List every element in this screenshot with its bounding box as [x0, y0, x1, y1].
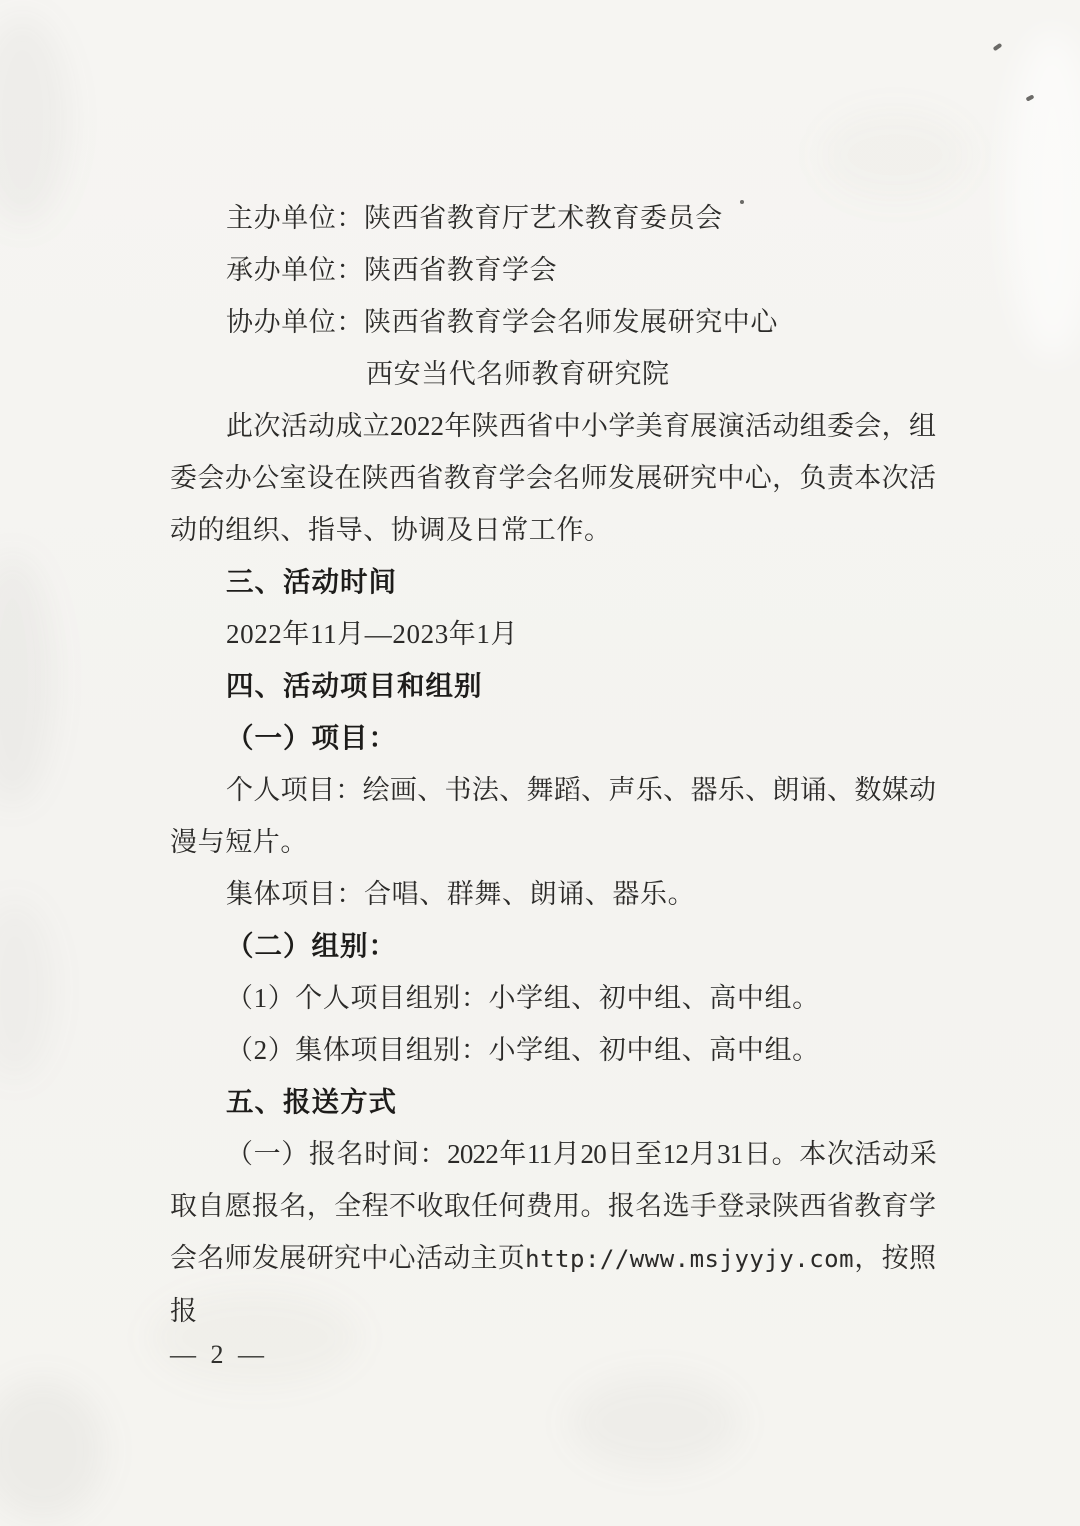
registration-line-3-prefix: 会名师发展研究中心活动主页 [170, 1243, 525, 1273]
scan-smudge [0, 15, 70, 225]
section-5-heading: 五、报送方式 [226, 1076, 936, 1128]
scan-speck [993, 43, 1003, 51]
group-item-collective: （2）集体项目组别：小学组、初中组、高中组。 [226, 1024, 936, 1076]
committee-paragraph-line-1: 此次活动成立2022年陕西省中小学美育展演活动组委会，组 [226, 400, 936, 452]
page-number: — 2 — [170, 1340, 268, 1370]
individual-projects-line-2: 漫与短片。 [170, 816, 936, 868]
scan-smudge [820, 110, 970, 200]
organizer-undertaker-line: 承办单位：陕西省教育学会 [226, 244, 936, 296]
registration-url: http://www.msjyyjy.com [525, 1245, 854, 1273]
registration-line-3: 会名师发展研究中心活动主页http://www.msjyyjy.com，按照报 [170, 1232, 936, 1284]
group-item-individual: （1）个人项目组别：小学组、初中组、高中组。 [226, 972, 936, 1024]
group-projects-line: 集体项目：合唱、群舞、朗诵、器乐。 [226, 868, 936, 920]
scan-smudge [570, 1375, 740, 1470]
scan-smudge [0, 555, 55, 805]
organizer-co-organizer-line: 协办单位：陕西省教育学会名师发展研究中心 [226, 296, 936, 348]
subsection-projects-heading: （一）项目： [226, 712, 936, 764]
document-body: 主办单位：陕西省教育厅艺术教育委员会 承办单位：陕西省教育学会 协办单位：陕西省… [170, 192, 936, 1284]
scan-smudge [1005, 30, 1080, 360]
activity-time-line: 2022年11月—2023年1月 [226, 608, 936, 660]
section-4-heading: 四、活动项目和组别 [226, 660, 936, 712]
scan-smudge [0, 1380, 105, 1520]
section-3-heading: 三、活动时间 [226, 556, 936, 608]
scan-smudge [0, 900, 55, 1080]
committee-paragraph-line-2: 委会办公室设在陕西省教育学会名师发展研究中心，负责本次活 [170, 452, 936, 504]
registration-line-2: 取自愿报名，全程不收取任何费用。报名选手登录陕西省教育学 [170, 1180, 936, 1232]
committee-paragraph-line-3: 动的组织、指导、协调及日常工作。 [170, 504, 936, 556]
organizer-co-organizer-line-2: 西安当代名师教育研究院 [366, 348, 936, 400]
organizer-host-line: 主办单位：陕西省教育厅艺术教育委员会 [226, 192, 936, 244]
individual-projects-line-1: 个人项目：绘画、书法、舞蹈、声乐、器乐、朗诵、数媒动 [226, 764, 936, 816]
scanned-document-page: 主办单位：陕西省教育厅艺术教育委员会 承办单位：陕西省教育学会 协办单位：陕西省… [0, 0, 1080, 1526]
scan-speck [1026, 94, 1035, 101]
subsection-groups-heading: （二）组别： [226, 920, 936, 972]
registration-line-1: （一）报名时间：2022年11月20日至12月31日。本次活动采 [226, 1128, 936, 1180]
